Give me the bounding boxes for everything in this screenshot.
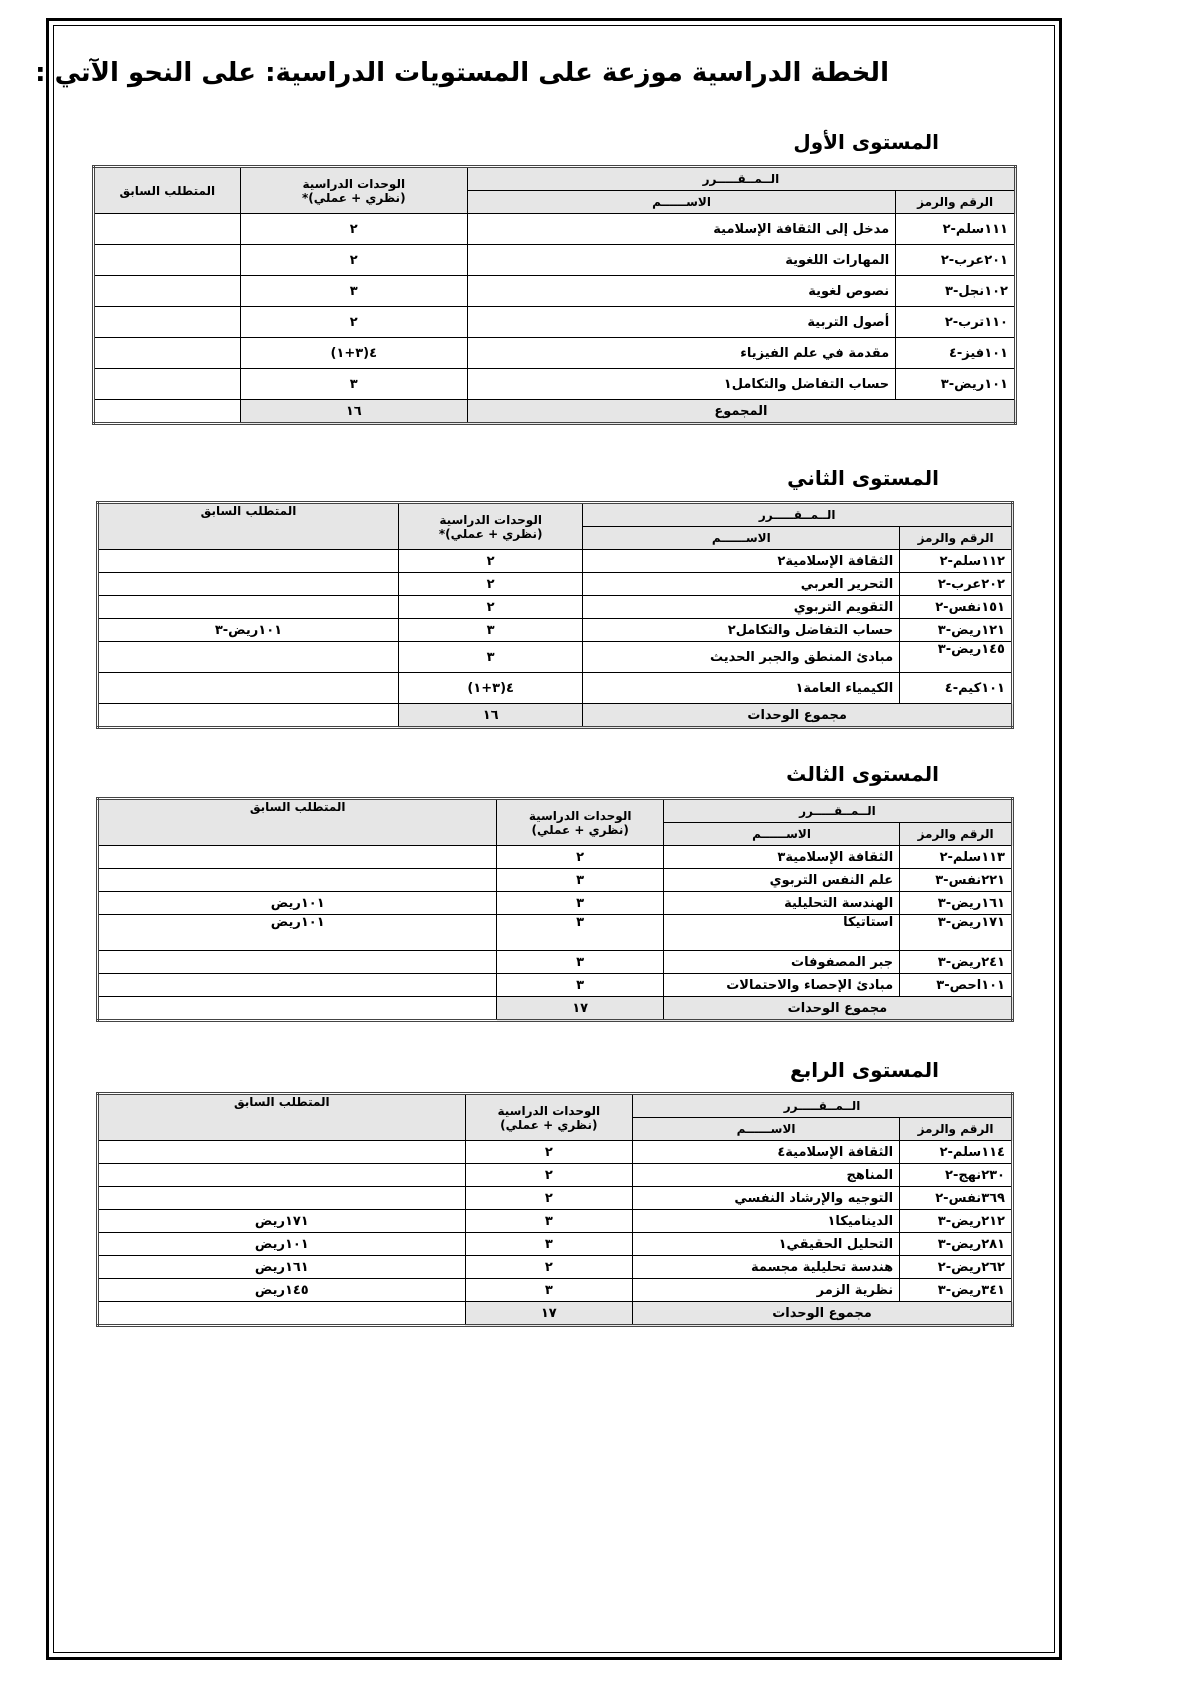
table-row: ١٦١ريض-٣الهندسة التحليلية٣١٠١ريض	[98, 892, 1013, 915]
header-prereq: المتطلب السابق	[98, 799, 497, 846]
header-name: الاســــــم	[663, 823, 899, 846]
total-row: مجموع الوحدات١٧	[98, 997, 1013, 1021]
table-row: ١١٣سلم-٢الثقافة الإسلامية٣٢	[98, 846, 1013, 869]
level-1-title: المستوى الأول	[793, 130, 939, 154]
level-1-table: الــمــقـــــرر الوحدات الدراسية(نظري + …	[92, 165, 1017, 425]
table-row: ٣٤١ريض-٣نظرية الزمر٣١٤٥ريض	[98, 1279, 1013, 1302]
table-row: ٢٠٢عرب-٢التحرير العربي٢	[98, 573, 1013, 596]
table-row: ١٠٢نجل-٣نصوص لغوية٣	[94, 276, 1016, 307]
header-code: الرقم والرمز	[896, 191, 1016, 214]
header-name: الاســــــم	[583, 527, 900, 550]
table-row: ٢٠١عرب-٢المهارات اللغوية٢	[94, 245, 1016, 276]
table-row: ١٠١فيز-٤مقدمة في علم الفيزياء٤(٣+١)	[94, 338, 1016, 369]
total-row: المجموع١٦	[94, 400, 1016, 424]
level-4-title: المستوى الرابع	[790, 1058, 939, 1082]
table-row: ١٠١ريض-٣حساب التفاضل والتكامل١٣	[94, 369, 1016, 400]
total-label: مجموع الوحدات	[663, 997, 1012, 1021]
total-value: ١٧	[465, 1302, 632, 1326]
header-course: الــمــقـــــرر	[583, 503, 1013, 527]
table-row: ١٠١احص-٣مبادئ الإحصاء والاحتمالات٣	[98, 974, 1013, 997]
table-row: ١٤٥ريض-٣مبادئ المنطق والجبر الحديث٣	[98, 642, 1013, 673]
total-label: مجموع الوحدات	[583, 704, 1013, 728]
header-code: الرقم والرمز	[900, 1118, 1013, 1141]
table-row: ٢٨١ريض-٣التحليل الحقيقي١٣١٠١ريض	[98, 1233, 1013, 1256]
header-name: الاســــــم	[467, 191, 895, 214]
table-row: ١٢١ريض-٣حساب التفاضل والتكامل٢٣١٠١ريض-٣	[98, 619, 1013, 642]
page-title: الخطة الدراسية موزعة على المستويات الدرا…	[35, 58, 889, 88]
table-row: ٣٦٩نفس-٢التوجيه والإرشاد النفسي٢	[98, 1187, 1013, 1210]
header-units: الوحدات الدراسية(نظري + عملي)*	[398, 503, 582, 550]
table-row: ٢٣٠نهج-٢المناهج٢	[98, 1164, 1013, 1187]
header-prereq: المتطلب السابق	[98, 1094, 466, 1141]
level-4-table: الــمــقـــــرر الوحدات الدراسية(نظري + …	[96, 1092, 1014, 1327]
table-row: ٢١٢ريض-٣الديناميكا١٣١٧١ريض	[98, 1210, 1013, 1233]
header-units: الوحدات الدراسية(نظري + عملي)	[465, 1094, 632, 1141]
table-row: ٢٦٢ريض-٢هندسة تحليلية مجسمة٢١٦١ريض	[98, 1256, 1013, 1279]
level-3-title: المستوى الثالث	[786, 762, 939, 786]
total-value: ١٦	[398, 704, 582, 728]
level-3-table: الــمــقـــــرر الوحدات الدراسية(نظري + …	[96, 797, 1014, 1022]
header-code: الرقم والرمز	[900, 527, 1013, 550]
header-units: الوحدات الدراسية(نظري + عملي)	[497, 799, 663, 846]
total-row: مجموع الوحدات١٦	[98, 704, 1013, 728]
table-row: ١١٠ترب-٢أصول التربية٢	[94, 307, 1016, 338]
header-code: الرقم والرمز	[900, 823, 1013, 846]
table-row: ١١٢سلم-٢الثقافة الإسلامية٢٢	[98, 550, 1013, 573]
table-row: ١٧١ريض-٣استاتيكا٣١٠١ريض	[98, 915, 1013, 951]
table-row: ١١٤سلم-٢الثقافة الإسلامية٤٢	[98, 1141, 1013, 1164]
table-row: ٢٢١نفس-٣علم النفس التربوي٣	[98, 869, 1013, 892]
table-row: ٢٤١ريض-٣جبر المصفوفات٣	[98, 951, 1013, 974]
header-course: الــمــقـــــرر	[467, 167, 1015, 191]
header-units: الوحدات الدراسية(نظري + عملي)*	[240, 167, 467, 214]
table-row: ١٠١كيم-٤الكيمياء العامة١٤(٣+١)	[98, 673, 1013, 704]
header-course: الــمــقـــــرر	[633, 1094, 1013, 1118]
table-row: ١٥١نفس-٢التقويم التربوي٢	[98, 596, 1013, 619]
header-prereq: المتطلب السابق	[98, 503, 399, 550]
total-value: ١٦	[240, 400, 467, 424]
total-label: المجموع	[467, 400, 1015, 424]
total-value: ١٧	[497, 997, 663, 1021]
table-row: ١١١سلم-٢مدخل إلى الثقافة الإسلامية٢	[94, 214, 1016, 245]
total-label: مجموع الوحدات	[633, 1302, 1013, 1326]
total-row: مجموع الوحدات١٧	[98, 1302, 1013, 1326]
level-2-title: المستوى الثاني	[787, 466, 939, 490]
level-2-table: الــمــقـــــرر الوحدات الدراسية(نظري + …	[96, 501, 1014, 729]
header-name: الاســــــم	[633, 1118, 900, 1141]
header-prereq: المتطلب السابق	[94, 167, 241, 214]
header-course: الــمــقـــــرر	[663, 799, 1012, 823]
